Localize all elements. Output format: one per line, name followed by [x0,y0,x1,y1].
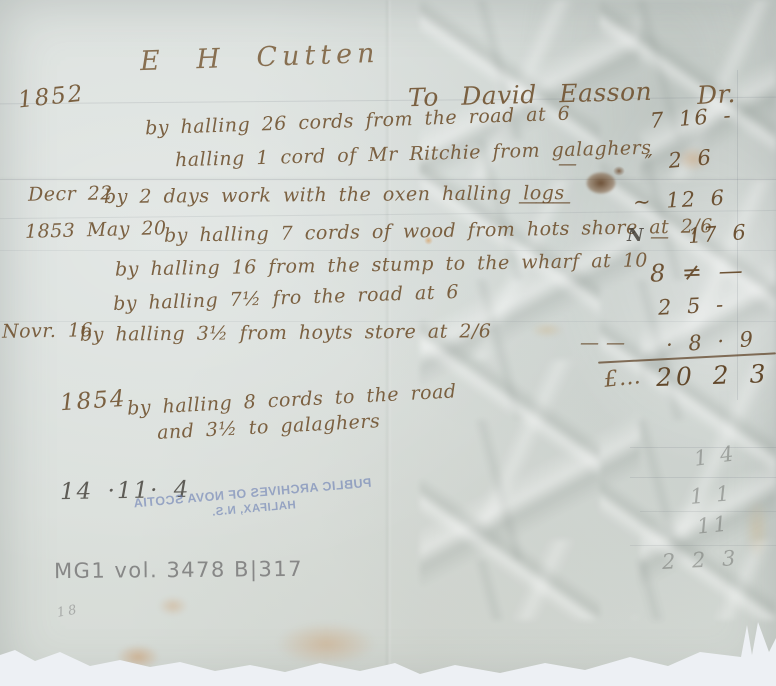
ruled-line [640,511,776,512]
entry-text: by halling 7½ fro the road at 6 [113,281,460,315]
foxing-stain [276,622,376,666]
foxing-stain [530,322,564,338]
entry-leader-dash: — [558,153,575,175]
entry-leader-dash: — [650,226,667,248]
entry-date: Decr 22 [28,182,113,205]
entry-amount: ~ 12 6 [632,186,726,215]
ruled-line [0,179,776,180]
scanned-document: E H Cutten 1852 To David Easson Dr. by h… [0,0,776,686]
entry-text: by 2 days work with the oxen halling log… [104,182,565,208]
ghost-number: 1 1 [689,481,733,509]
year-1852: 1852 [17,81,86,114]
entry-leader-dash: ——— [518,191,569,213]
ghost-number: 2 2 3 [661,546,741,574]
entry-amount: 17 6 [687,220,748,248]
ghost-number: 11 [696,511,731,538]
foxing-stain [116,644,160,670]
currency-symbol: £… [603,364,642,393]
ghost-number: 1 4 [693,441,738,471]
entry-amount: 8 ≠ — [650,256,746,287]
archive-reference: MG1 vol. 3478 B|317 [54,557,303,583]
ink-stain [586,172,616,194]
entry-text: by halling 3½ from hoyts store at 2/6 [80,320,492,346]
entry-amount: 7 16 - [649,103,733,133]
entry-text: halling 1 cord of Mr Ritchie from galagh… [175,137,652,171]
entry-text: by halling 26 cords from the road at 6 [145,103,571,140]
payee-name: E H Cutten [140,38,380,77]
ruled-line [0,250,776,251]
entry-date: 1853 May 20 [25,217,167,243]
paper-sheet: E H Cutten 1852 To David Easson Dr. by h… [0,0,776,686]
ink-stain [613,166,625,176]
ruled-line [630,477,776,478]
entry-amount: ″ 2 6 [644,145,714,175]
pencil-mark: N [627,225,644,246]
ruled-line [630,545,776,546]
pencil-note: 18 [56,602,81,621]
entry-leader-dash: — — [580,332,623,354]
foxing-stain [744,498,770,560]
year-1854: 1854 [59,386,127,417]
entry-amount: 2 5 - [657,292,725,319]
foxing-stain [158,596,188,616]
total-amount: 20 2 3 [656,359,770,392]
entry-text: by halling 16 from the stump to the whar… [115,249,648,280]
entry-amount: · 8 · 9 [665,327,756,357]
